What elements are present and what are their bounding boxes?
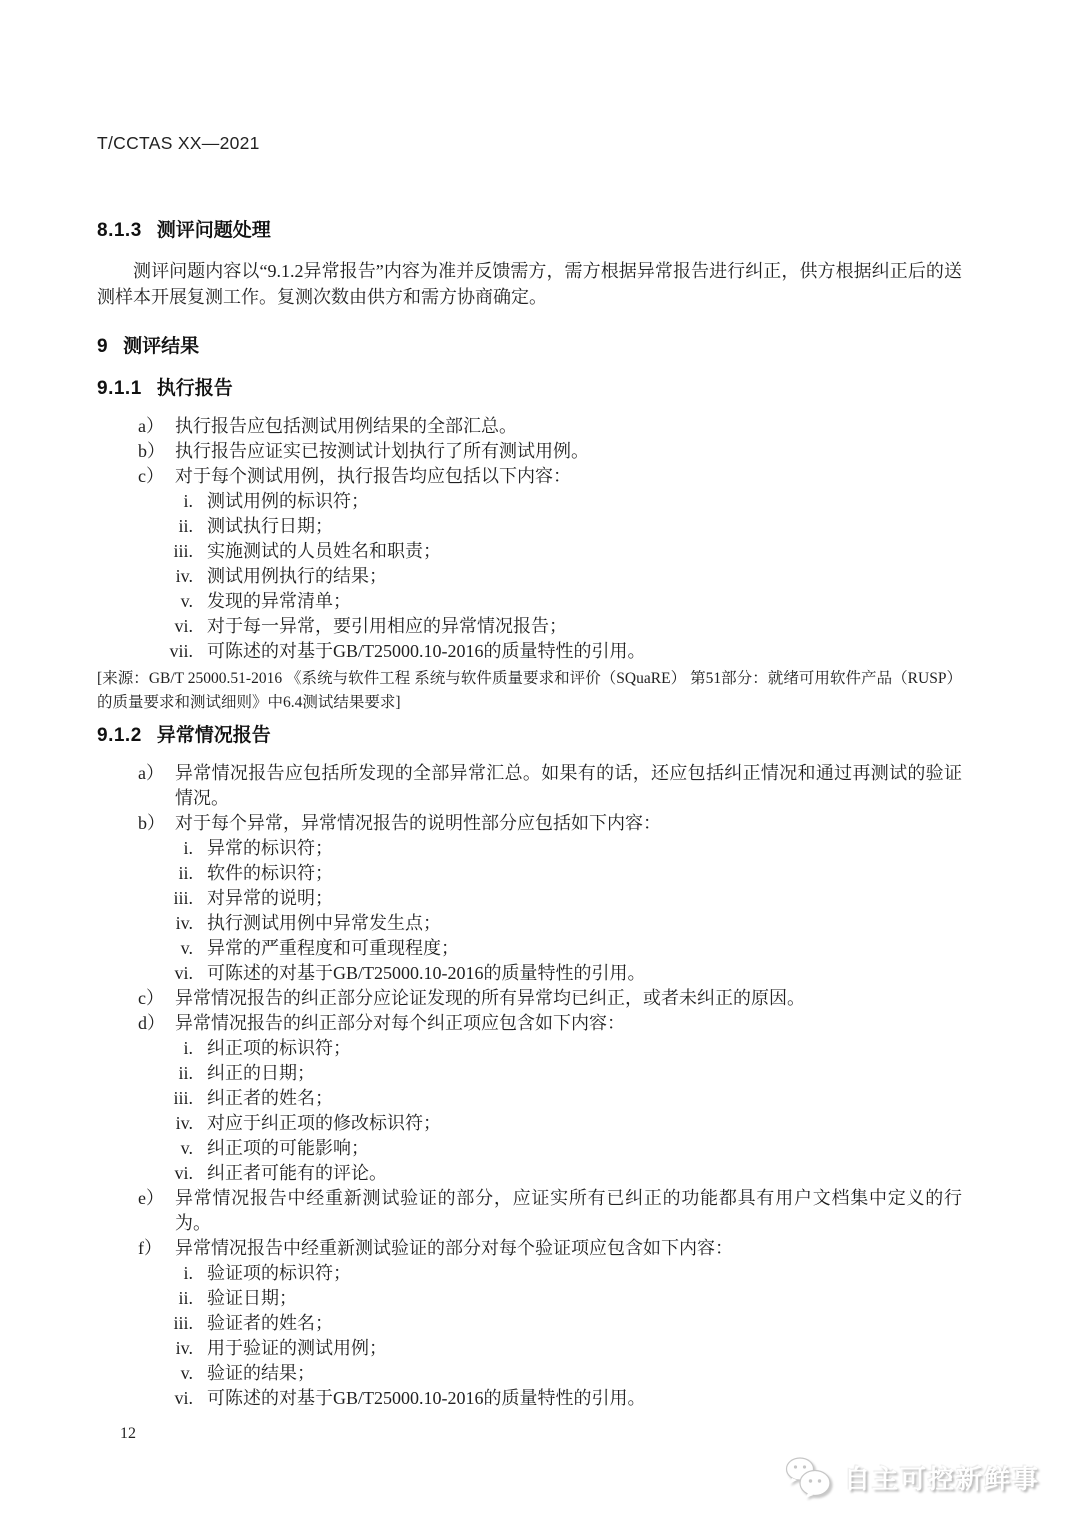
list-item: c） 对于每个测试用例，执行报告均应包括以下内容：: [97, 464, 962, 489]
list-item-marker: d）: [138, 1011, 175, 1036]
sub-list-item-marker: v.: [97, 589, 193, 614]
list-item: f） 异常情况报告中经重新测试验证的部分对每个验证项应包含如下内容：: [97, 1236, 962, 1261]
sub-list-item-marker: ii.: [97, 1286, 193, 1311]
sub-list-item-marker: vi.: [97, 961, 193, 986]
sub-list-item: vi. 对于每一异常，要引用相应的异常情况报告；: [97, 614, 962, 639]
sub-list-item: v. 验证的结果；: [97, 1361, 962, 1386]
list-item-text: 对于每个测试用例，执行报告均应包括以下内容：: [175, 464, 962, 489]
list-item-text: 异常情况报告中经重新测试验证的部分对每个验证项应包含如下内容：: [175, 1236, 962, 1261]
sub-list-item-marker: vi.: [97, 1161, 193, 1186]
sub-list-item-text: 测试用例的标识符；: [207, 489, 962, 514]
doc-code: T/CCTAS XX—2021: [97, 133, 962, 154]
list-item-text: 执行报告应包括测试用例结果的全部汇总。: [175, 414, 962, 439]
paragraph-8-1-3: 测评问题内容以“9.1.2异常报告”内容为准并反馈需方，需方根据异常报告进行纠正…: [97, 258, 962, 310]
wechat-chat-bubbles-icon: [784, 1456, 832, 1498]
page-number: 12: [120, 1425, 962, 1443]
list-item-text: 对于每个异常，异常情况报告的说明性部分应包括如下内容：: [175, 811, 962, 836]
sub-list-item-marker: iii.: [97, 886, 193, 911]
sub-list-item-text: 纠正者的姓名；: [207, 1086, 962, 1111]
list-item-marker: c）: [138, 986, 175, 1011]
sub-list-item-text: 验证者的姓名；: [207, 1311, 962, 1336]
sub-list-item-text: 异常的标识符；: [207, 836, 962, 861]
sub-list-item-marker: vii.: [97, 639, 193, 664]
heading-number: 9.1.2: [97, 725, 142, 746]
list-item-marker: b）: [138, 811, 175, 836]
list-9-1-1: a） 执行报告应包括测试用例结果的全部汇总。 b） 执行报告应证实已按测试计划执…: [97, 414, 962, 664]
list-9-1-2: a） 异常情况报告应包括所发现的全部异常汇总。如果有的话，还应包括纠正情况和通过…: [97, 761, 962, 1411]
sub-list-item-text: 对于每一异常，要引用相应的异常情况报告；: [207, 614, 962, 639]
sub-list-item-marker: ii.: [97, 514, 193, 539]
sub-list-item: ii. 测试执行日期；: [97, 514, 962, 539]
sub-list-item-text: 软件的标识符；: [207, 861, 962, 886]
list-item: a） 执行报告应包括测试用例结果的全部汇总。: [97, 414, 962, 439]
heading-title: 异常情况报告: [157, 725, 271, 746]
sub-list-item: iii. 实施测试的人员姓名和职责；: [97, 539, 962, 564]
list-item-text: 异常情况报告的纠正部分对每个纠正项应包含如下内容：: [175, 1011, 962, 1036]
sub-list-item-text: 纠正项的可能影响；: [207, 1136, 962, 1161]
heading-title: 测评结果: [123, 336, 199, 357]
list-item-marker: a）: [138, 414, 175, 439]
sub-list-item: ii. 纠正的日期；: [97, 1061, 962, 1086]
sub-list-item-marker: iii.: [97, 1086, 193, 1111]
sub-list-item-text: 执行测试用例中异常发生点；: [207, 911, 962, 936]
heading-9: 9测评结果: [97, 336, 962, 358]
heading-number: 8.1.3: [97, 220, 142, 241]
list-item-marker: e）: [138, 1186, 175, 1236]
sub-list-item-text: 纠正项的标识符；: [207, 1036, 962, 1061]
sub-list-item-text: 可陈述的对基于GB/T25000.10-2016的质量特性的引用。: [207, 1386, 962, 1411]
sub-list-item-text: 验证项的标识符；: [207, 1261, 962, 1286]
heading-number: 9.1.1: [97, 378, 142, 399]
sub-list-item: ii. 软件的标识符；: [97, 861, 962, 886]
list-item: c） 异常情况报告的纠正部分应论证发现的所有异常均已纠正，或者未纠正的原因。: [97, 986, 962, 1011]
sub-list-item-marker: v.: [97, 936, 193, 961]
sub-list-item: iii. 纠正者的姓名；: [97, 1086, 962, 1111]
sub-list-item-marker: vi.: [97, 614, 193, 639]
list-item: a） 异常情况报告应包括所发现的全部异常汇总。如果有的话，还应包括纠正情况和通过…: [97, 761, 962, 811]
sub-list-item-marker: i.: [97, 489, 193, 514]
sub-list-item-marker: iv.: [97, 1336, 193, 1361]
sub-list-item: iv. 用于验证的测试用例；: [97, 1336, 962, 1361]
sub-list-item: vii. 可陈述的对基于GB/T25000.10-2016的质量特性的引用。: [97, 639, 962, 664]
sub-list-item: iv. 测试用例执行的结果；: [97, 564, 962, 589]
sub-list-item: ii. 验证日期；: [97, 1286, 962, 1311]
sub-list-item: v. 异常的严重程度和可重现程度；: [97, 936, 962, 961]
sub-list-item: i. 异常的标识符；: [97, 836, 962, 861]
sub-list-item-text: 纠正者可能有的评论。: [207, 1161, 962, 1186]
list-item-marker: f）: [138, 1236, 175, 1261]
sub-list-item: v. 发现的异常清单；: [97, 589, 962, 614]
sub-list-item: iii. 验证者的姓名；: [97, 1311, 962, 1336]
sub-list-item-marker: i.: [97, 1036, 193, 1061]
list-item-text: 异常情况报告中经重新测试验证的部分，应证实所有已纠正的功能都具有用户文档集中定义…: [175, 1186, 962, 1236]
list-item-marker: c）: [138, 464, 175, 489]
sub-list-item-text: 测试用例执行的结果；: [207, 564, 962, 589]
list-item: e） 异常情况报告中经重新测试验证的部分，应证实所有已纠正的功能都具有用户文档集…: [97, 1186, 962, 1236]
sub-list-item-marker: iv.: [97, 911, 193, 936]
sub-list-item-text: 实施测试的人员姓名和职责；: [207, 539, 962, 564]
sub-list-item-text: 可陈述的对基于GB/T25000.10-2016的质量特性的引用。: [207, 639, 962, 664]
sub-list-item-marker: v.: [97, 1136, 193, 1161]
sub-list-item-marker: iv.: [97, 564, 193, 589]
list-item-text: 执行报告应证实已按测试计划执行了所有测试用例。: [175, 439, 962, 464]
sub-list-item: i. 测试用例的标识符；: [97, 489, 962, 514]
heading-9-1-2: 9.1.2异常情况报告: [97, 725, 962, 747]
source-citation: [来源：GB/T 25000.51-2016 《系统与软件工程 系统与软件质量要…: [97, 667, 962, 715]
sub-list-item-marker: ii.: [97, 1061, 193, 1086]
list-item: d） 异常情况报告的纠正部分对每个纠正项应包含如下内容：: [97, 1011, 962, 1036]
sub-list-item-marker: iii.: [97, 539, 193, 564]
sub-list-item: i. 纠正项的标识符；: [97, 1036, 962, 1061]
sub-list-item-text: 对应于纠正项的修改标识符；: [207, 1111, 962, 1136]
sub-list-item-text: 验证的结果；: [207, 1361, 962, 1386]
sub-list-item-marker: iv.: [97, 1111, 193, 1136]
page-content: T/CCTAS XX—2021 8.1.3测评问题处理 测评问题内容以“9.1.…: [0, 0, 1080, 1443]
sub-list-item: i. 验证项的标识符；: [97, 1261, 962, 1286]
sub-list-item: vi. 纠正者可能有的评论。: [97, 1161, 962, 1186]
list-item-text: 异常情况报告的纠正部分应论证发现的所有异常均已纠正，或者未纠正的原因。: [175, 986, 962, 1011]
sub-list-item-text: 对异常的说明；: [207, 886, 962, 911]
sub-list-item-marker: iii.: [97, 1311, 193, 1336]
sub-list-item-marker: v.: [97, 1361, 193, 1386]
sub-list-item-marker: vi.: [97, 1386, 193, 1411]
sub-list-item-text: 纠正的日期；: [207, 1061, 962, 1086]
watermark: 自主可控新鲜事: [784, 1456, 1040, 1498]
sub-list-item-marker: ii.: [97, 861, 193, 886]
list-item: b） 对于每个异常，异常情况报告的说明性部分应包括如下内容：: [97, 811, 962, 836]
heading-8-1-3: 8.1.3测评问题处理: [97, 220, 962, 242]
heading-title: 测评问题处理: [157, 220, 271, 241]
sub-list-item: vi. 可陈述的对基于GB/T25000.10-2016的质量特性的引用。: [97, 1386, 962, 1411]
sub-list-item-text: 验证日期；: [207, 1286, 962, 1311]
sub-list-item-text: 测试执行日期；: [207, 514, 962, 539]
sub-list-item: iii. 对异常的说明；: [97, 886, 962, 911]
sub-list-item-text: 用于验证的测试用例；: [207, 1336, 962, 1361]
sub-list-item-text: 异常的严重程度和可重现程度；: [207, 936, 962, 961]
sub-list-item: iv. 执行测试用例中异常发生点；: [97, 911, 962, 936]
sub-list-item-marker: i.: [97, 1261, 193, 1286]
sub-list-item-text: 发现的异常清单；: [207, 589, 962, 614]
heading-number: 9: [97, 336, 108, 357]
sub-list-item-text: 可陈述的对基于GB/T25000.10-2016的质量特性的引用。: [207, 961, 962, 986]
list-item-marker: b）: [138, 439, 175, 464]
sub-list-item: v. 纠正项的可能影响；: [97, 1136, 962, 1161]
sub-list-item: iv. 对应于纠正项的修改标识符；: [97, 1111, 962, 1136]
watermark-text: 自主可控新鲜事: [844, 1459, 1040, 1496]
heading-9-1-1: 9.1.1执行报告: [97, 378, 962, 400]
list-item-text: 异常情况报告应包括所发现的全部异常汇总。如果有的话，还应包括纠正情况和通过再测试…: [175, 761, 962, 811]
heading-title: 执行报告: [157, 378, 233, 399]
list-item-marker: a）: [138, 761, 175, 811]
sub-list-item-marker: i.: [97, 836, 193, 861]
list-item: b） 执行报告应证实已按测试计划执行了所有测试用例。: [97, 439, 962, 464]
sub-list-item: vi. 可陈述的对基于GB/T25000.10-2016的质量特性的引用。: [97, 961, 962, 986]
document-page: T/CCTAS XX—2021 8.1.3测评问题处理 测评问题内容以“9.1.…: [0, 0, 1080, 1528]
